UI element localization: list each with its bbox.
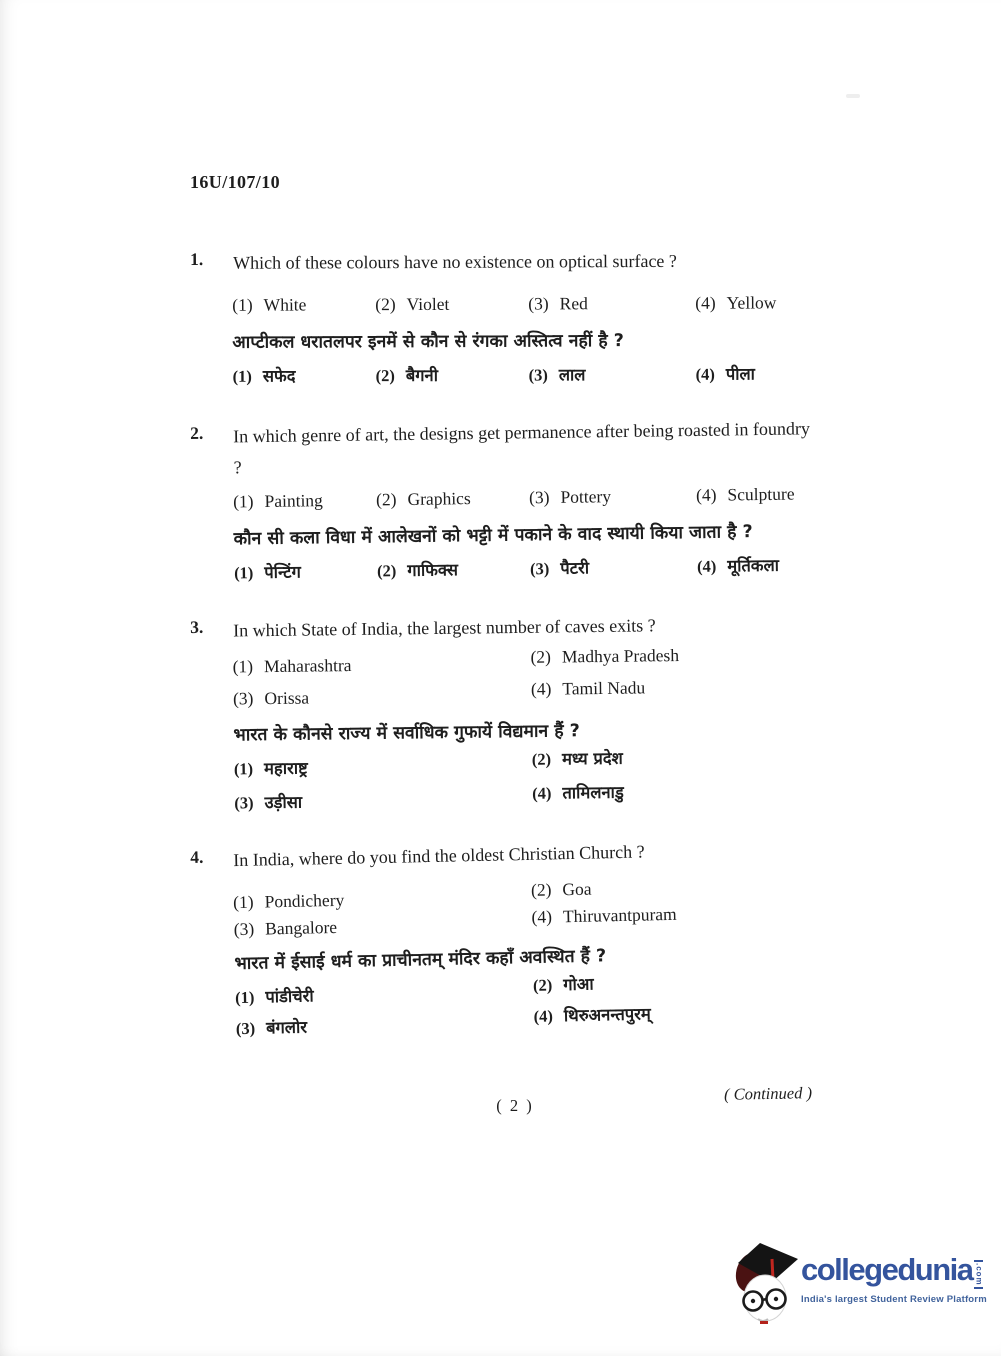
q2-hi-option-2: (2)गाफिक्स bbox=[377, 556, 530, 581]
option-label: Sculpture bbox=[727, 484, 794, 505]
q4-en-option-1: (1)Pondichery bbox=[233, 886, 531, 913]
question-4-text-en: In India, where do you find the oldest C… bbox=[233, 836, 645, 876]
option-number: (1) bbox=[235, 988, 255, 1007]
option-label: उड़ीसा bbox=[264, 793, 302, 812]
q1-hi-option-2: (2)बैगनी bbox=[376, 363, 529, 387]
option-number: (1) bbox=[232, 295, 252, 315]
q2-en-option-2: (2)Graphics bbox=[376, 487, 529, 510]
option-number: (3) bbox=[528, 293, 548, 313]
option-number: (2) bbox=[376, 366, 395, 385]
q3-hi-option-4: (4)तामिलनाडु bbox=[532, 780, 624, 804]
option-label: गाफिक्स bbox=[407, 560, 458, 580]
q2-en-option-3: (3)Pottery bbox=[529, 485, 696, 508]
q1-en-option-3: (3)Red bbox=[528, 293, 695, 315]
option-number: (1) bbox=[233, 892, 254, 912]
q3-en-option-4: (4)Tamil Nadu bbox=[531, 677, 646, 699]
option-label: मूर्तिकला bbox=[727, 556, 779, 576]
option-number: (3) bbox=[529, 487, 550, 507]
question-3-text-en: In which State of India, the largest num… bbox=[233, 610, 656, 646]
option-label: Graphics bbox=[407, 488, 470, 509]
option-label: Tamil Nadu bbox=[562, 677, 645, 698]
option-number: (4) bbox=[696, 485, 717, 505]
collegedunia-tld-text: .com bbox=[974, 1260, 983, 1289]
option-label: मध्य प्रदेश bbox=[562, 749, 623, 769]
collegedunia-brand-text: collegedunia bbox=[801, 1254, 972, 1287]
q3-hi-option-3: (3)उड़ीसा bbox=[234, 787, 532, 814]
question-3: 3. In which State of India, the largest … bbox=[190, 607, 893, 825]
q4-hi-option-1: (1)पांडीचेरी bbox=[235, 979, 533, 1008]
q4-hi-option-3: (3)बंगलोर bbox=[236, 1010, 534, 1039]
option-label: Violet bbox=[407, 294, 450, 314]
question-3-text-hi: भारत के कौनसे राज्य में सर्वाधिक गुफायें… bbox=[191, 712, 891, 751]
option-label: पांडीचेरी bbox=[265, 986, 314, 1006]
q1-hi-option-3: (3)लाल bbox=[529, 362, 696, 386]
question-1-number: 1. bbox=[190, 248, 233, 279]
option-label: Madhya Pradesh bbox=[562, 645, 679, 666]
q1-hi-option-4: (4)पीला bbox=[696, 361, 891, 385]
q1-hi-option-1: (1)सफेद bbox=[233, 363, 376, 387]
option-label: Painting bbox=[264, 490, 323, 511]
q2-en-option-4: (4)Sculpture bbox=[696, 482, 891, 506]
option-number: (4) bbox=[533, 1006, 553, 1025]
q4-en-option-2: (2)Goa bbox=[531, 879, 592, 901]
option-number: (1) bbox=[234, 759, 253, 778]
collegedunia-watermark: collegedunia .com India's largest Studen… bbox=[733, 1240, 995, 1324]
option-label: Pottery bbox=[560, 486, 611, 507]
option-number: (2) bbox=[532, 750, 551, 769]
option-label: पीला bbox=[726, 365, 755, 384]
option-number: (2) bbox=[377, 561, 397, 580]
option-number: (1) bbox=[233, 367, 252, 386]
option-label: महाराष्ट्र bbox=[264, 759, 308, 779]
option-label: Bangalore bbox=[265, 917, 337, 939]
option-number: (3) bbox=[530, 559, 550, 578]
option-label: Goa bbox=[562, 879, 592, 900]
option-label: लाल bbox=[559, 365, 586, 384]
option-label: Yellow bbox=[727, 292, 777, 312]
q3-hi-option-1: (1)महाराष्ट्र bbox=[234, 753, 532, 780]
option-number: (3) bbox=[234, 919, 255, 939]
option-label: Pondichery bbox=[264, 890, 344, 912]
scan-smudge bbox=[846, 94, 860, 98]
q4-hi-option-4: (4)थिरुअनन्तपुरम् bbox=[533, 1001, 651, 1026]
q1-en-option-1: (1)White bbox=[232, 294, 375, 316]
option-label: बंगलोर bbox=[266, 1018, 307, 1038]
q2-hi-option-1: (1)पेन्टिंग bbox=[234, 558, 377, 583]
scanned-exam-page: 16U/107/10 1. Which of these colours hav… bbox=[0, 0, 1001, 1356]
q1-en-option-4: (4)Yellow bbox=[695, 292, 890, 314]
option-label: सफेद bbox=[263, 367, 296, 386]
q1-en-option-2: (2)Violet bbox=[375, 294, 528, 316]
option-label: पेन्टिंग bbox=[264, 562, 301, 582]
option-label: बैगनी bbox=[406, 366, 438, 385]
question-3-number: 3. bbox=[190, 615, 233, 647]
q4-en-option-4: (4)Thiruvantpuram bbox=[531, 904, 677, 928]
option-number: (4) bbox=[696, 365, 715, 384]
question-1: 1. Which of these colours have no existe… bbox=[190, 245, 891, 399]
q2-en-option-1: (1)Painting bbox=[233, 489, 376, 512]
question-2-text-hi: कौन सी कला विधा में आलेखनों को भट्टी में… bbox=[191, 515, 891, 555]
question-2-text-en: In which genre of art, the designs get p… bbox=[233, 413, 822, 483]
option-number: (4) bbox=[531, 906, 552, 926]
q2-hi-option-4: (4)मूर्तिकला bbox=[697, 551, 892, 577]
student-mascot-icon bbox=[733, 1240, 799, 1324]
q3-hi-option-2: (2)मध्य प्रदेश bbox=[532, 746, 623, 770]
question-2-number: 2. bbox=[190, 421, 234, 484]
option-number: (4) bbox=[532, 784, 551, 803]
option-label: पैटरी bbox=[560, 558, 589, 577]
option-number: (4) bbox=[531, 679, 552, 699]
option-label: तामिलनाडु bbox=[562, 783, 623, 803]
option-label: थिरुअनन्तपुरम् bbox=[564, 1004, 651, 1025]
paper-code: 16U/107/10 bbox=[190, 172, 890, 193]
option-number: (2) bbox=[376, 489, 397, 509]
collegedunia-tagline: India's largest Student Review Platform bbox=[801, 1294, 987, 1305]
continued-note: ( Continued ) bbox=[724, 1083, 812, 1105]
option-number: (2) bbox=[375, 294, 395, 314]
option-label: Maharashtra bbox=[264, 655, 352, 676]
option-label: Red bbox=[560, 293, 588, 313]
option-label: गोआ bbox=[563, 975, 594, 995]
option-number: (2) bbox=[531, 879, 552, 899]
option-number: (1) bbox=[233, 491, 254, 511]
option-number: (1) bbox=[234, 563, 254, 582]
question-4-number: 4. bbox=[190, 845, 234, 877]
option-number: (3) bbox=[234, 793, 253, 812]
option-number: (4) bbox=[697, 557, 717, 576]
option-label: White bbox=[264, 294, 307, 314]
question-1-text-en: Which of these colours have no existence… bbox=[233, 246, 677, 279]
option-number: (3) bbox=[236, 1019, 256, 1038]
option-number: (4) bbox=[695, 293, 715, 313]
q4-hi-option-2: (2)गोआ bbox=[533, 972, 594, 996]
option-number: (2) bbox=[533, 975, 553, 994]
option-number: (3) bbox=[233, 688, 254, 708]
option-label: Thiruvantpuram bbox=[563, 904, 677, 926]
q3-en-option-1: (1)Maharashtra bbox=[232, 653, 530, 678]
option-number: (2) bbox=[530, 647, 551, 667]
question-4: 4. In India, where do you find the oldes… bbox=[190, 831, 894, 1051]
question-1-text-hi: आप्टीकल धरातलपर इनमें से कौन से रंगका अस… bbox=[190, 325, 890, 358]
option-number: (1) bbox=[232, 656, 253, 676]
q3-en-option-3: (3)Orissa bbox=[233, 685, 531, 710]
option-label: Orissa bbox=[264, 688, 309, 709]
q4-en-option-3: (3)Bangalore bbox=[234, 913, 532, 940]
option-number: (3) bbox=[529, 365, 548, 384]
question-2: 2. In which genre of art, the designs ge… bbox=[190, 412, 892, 596]
q3-en-option-2: (2)Madhya Pradesh bbox=[530, 645, 679, 668]
q2-hi-option-3: (3)पैटरी bbox=[530, 554, 697, 579]
page-number: ( 2 ) bbox=[440, 1096, 590, 1116]
